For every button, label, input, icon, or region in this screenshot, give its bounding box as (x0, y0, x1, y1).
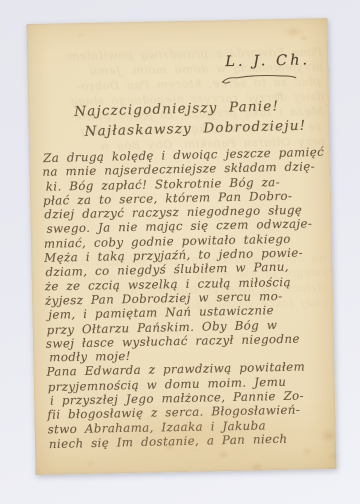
foxing-stain (328, 452, 339, 460)
salutation-line-2: Najłaskawszy Dobrodzieju! (84, 118, 306, 140)
foxing-stain (77, 32, 86, 38)
photo-backdrop: { "letter": { "monogram": "L. J. Ch.", "… (0, 0, 360, 504)
monogram-initials: L. J. Ch. (225, 52, 310, 70)
foxing-stain (217, 450, 230, 459)
foxing-stain (275, 91, 283, 98)
foxing-stain (299, 34, 309, 41)
monogram-underline-flourish (220, 72, 300, 86)
letter-body: Za drugą kolędę i dwoiąc jeszcze pamięć … (42, 145, 334, 451)
foxing-stain (249, 461, 264, 471)
foxing-stain (85, 460, 95, 467)
foxing-stain (283, 25, 305, 37)
letter-paper: Pana Edwarda z prawdziwą powitałem przyj… (27, 18, 337, 475)
foxing-stain (301, 446, 313, 456)
salutation-line-1: Najczcigodniejszy Panie! (74, 98, 279, 120)
